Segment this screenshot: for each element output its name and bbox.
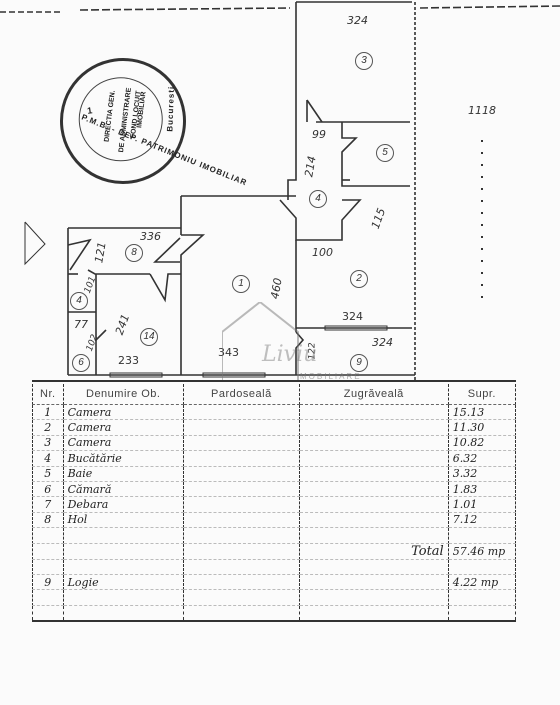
dim-room14-bottom: 233 — [118, 354, 139, 367]
cell-pardoseala — [183, 512, 299, 527]
cell-supr — [448, 528, 515, 543]
cell-supr: 1.01 — [448, 497, 515, 512]
cell-nr: 7 — [33, 497, 64, 512]
dim-room5-side: 99 — [312, 128, 326, 141]
table-row-total: Total57.46 mp — [33, 543, 516, 559]
cell-pardoseala — [183, 481, 299, 496]
cell-nr — [33, 605, 64, 621]
cell-pardoseala — [183, 574, 299, 589]
cell-zugraveala — [299, 528, 448, 543]
cell-nr — [33, 528, 64, 543]
header-supr: Supr. — [448, 384, 515, 405]
cell-denumire: Baie — [63, 466, 183, 481]
table-row — [33, 559, 516, 574]
cell-pardoseala — [183, 528, 299, 543]
cell-denumire: Logie — [63, 574, 183, 589]
header-denumire: Denumire Ob. — [63, 384, 183, 405]
cell-total-value: 57.46 mp — [448, 543, 515, 559]
cell-pardoseala — [183, 451, 299, 466]
cell-denumire: Cămară — [63, 481, 183, 496]
cell-supr: 15.13 — [448, 405, 515, 420]
header-nr: Nr. — [33, 384, 64, 405]
header-pardoseala: Pardoseală — [183, 384, 299, 405]
cell-zugraveala — [299, 405, 448, 420]
table-row — [33, 528, 516, 543]
cell-pardoseala — [183, 405, 299, 420]
cell-nr: 5 — [33, 466, 64, 481]
cell-nr: 3 — [33, 435, 64, 450]
cell-supr: 1.83 — [448, 481, 515, 496]
cell-denumire: Camera — [63, 420, 183, 435]
table-row: 7Debara1.01 — [33, 497, 516, 512]
cell-zugraveala — [299, 497, 448, 512]
cell-pardoseala — [183, 590, 299, 605]
dim-total-height: 1118 — [468, 104, 496, 117]
cell-supr — [448, 559, 515, 574]
table-row: 9Logie4.22 mp — [33, 574, 516, 589]
cell-denumire: Hol — [63, 512, 183, 527]
room-number-4-hall: 4 — [309, 190, 327, 208]
cell-supr — [448, 605, 515, 621]
table-row: 2Camera11.30 — [33, 420, 516, 435]
cell-nr: 2 — [33, 420, 64, 435]
watermark-script: Liviu — [262, 342, 317, 367]
cell-denumire: Camera — [63, 405, 183, 420]
stamp-city: Bucuresti — [165, 86, 176, 132]
cell-nr: 6 — [33, 481, 64, 496]
table-row: 4Bucătărie6.32 — [33, 451, 516, 466]
cell-denumire: Bucătărie — [63, 451, 183, 466]
table-row: 8Hol7.12 — [33, 512, 516, 527]
cell-denumire — [63, 590, 183, 605]
cell-supr: 3.32 — [448, 466, 515, 481]
table-row — [33, 605, 516, 621]
cell-nr: 1 — [33, 405, 64, 420]
room-number-6: 6 — [72, 354, 90, 372]
cell-nr: 4 — [33, 451, 64, 466]
cell-nr: 9 — [33, 574, 64, 589]
header-zugraveala: Zugrăveală — [299, 384, 448, 405]
cell-supr: 4.22 mp — [448, 574, 515, 589]
stamp-number: 1 — [87, 105, 94, 116]
cell-supr: 7.12 — [448, 512, 515, 527]
room-number-2: 2 — [350, 270, 368, 288]
cell-zugraveala — [299, 451, 448, 466]
cell-zugraveala — [299, 481, 448, 496]
cell-supr: 11.30 — [448, 420, 515, 435]
room-number-1: 1 — [232, 275, 250, 293]
cell-nr — [33, 543, 64, 559]
cell-pardoseala — [183, 497, 299, 512]
cell-zugraveala — [299, 466, 448, 481]
cell-pardoseala — [183, 559, 299, 574]
cell-zugraveala — [299, 512, 448, 527]
table-row: 1Camera15.13 — [33, 405, 516, 420]
dim-room8-top: 336 — [140, 230, 161, 243]
room-number-4: 4 — [70, 292, 88, 310]
room-number-3: 3 — [355, 52, 373, 70]
dim-room3-top: 324 — [347, 14, 368, 27]
table-row — [33, 590, 516, 605]
cell-pardoseala — [183, 466, 299, 481]
cell-pardoseala — [183, 543, 299, 559]
cell-denumire — [63, 543, 183, 559]
cell-nr — [33, 590, 64, 605]
cell-total-label: Total — [299, 543, 448, 559]
table-row: 3Camera10.82 — [33, 435, 516, 450]
cell-pardoseala — [183, 435, 299, 450]
cell-pardoseala — [183, 605, 299, 621]
cell-denumire: Debara — [63, 497, 183, 512]
cell-nr — [33, 559, 64, 574]
table-row: 5Baie3.32 — [33, 466, 516, 481]
table-header-row: Nr. Denumire Ob. Pardoseală Zugrăveală S… — [33, 384, 516, 405]
cell-zugraveala — [299, 574, 448, 589]
room-legend-table: Nr. Denumire Ob. Pardoseală Zugrăveală S… — [32, 384, 516, 622]
dim-room9: 324 — [372, 336, 393, 349]
cell-supr: 10.82 — [448, 435, 515, 450]
cell-zugraveala — [299, 605, 448, 621]
cell-denumire: Camera — [63, 435, 183, 450]
cell-nr: 8 — [33, 512, 64, 527]
cell-zugraveala — [299, 590, 448, 605]
cell-pardoseala — [183, 420, 299, 435]
cell-supr — [448, 590, 515, 605]
cell-denumire — [63, 559, 183, 574]
cell-zugraveala — [299, 559, 448, 574]
cell-zugraveala — [299, 420, 448, 435]
cell-denumire — [63, 528, 183, 543]
cell-zugraveala — [299, 435, 448, 450]
cell-denumire — [63, 605, 183, 621]
cell-supr: 6.32 — [448, 451, 515, 466]
table-top-border — [32, 380, 516, 382]
room-number-14: 14 — [140, 328, 158, 346]
room-number-8: 8 — [125, 244, 143, 262]
table-row: 6Cămară1.83 — [33, 481, 516, 496]
dim-room6-a: 77 — [74, 318, 88, 331]
dim-room2-top: 100 — [312, 246, 333, 259]
room-number-5: 5 — [376, 144, 394, 162]
